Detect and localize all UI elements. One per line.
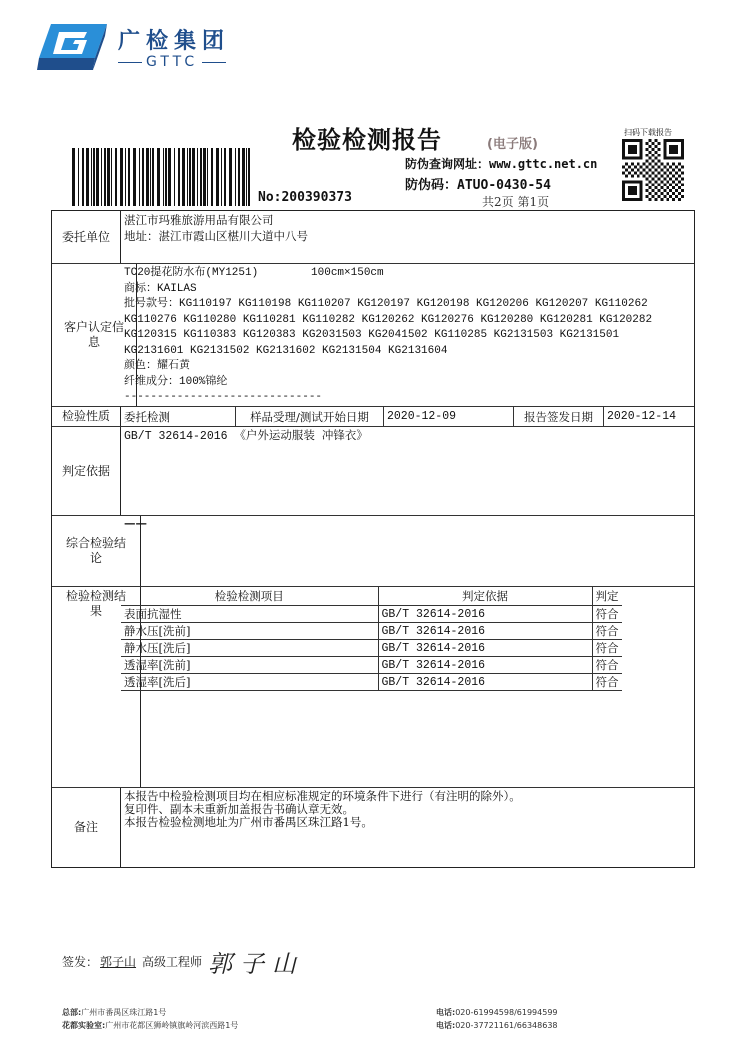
client-row: 委托单位 湛江市玛雅旅游用品有限公司 地址：湛江市霞山区椹川大道中八号 — [52, 211, 694, 264]
verify-url: 防伪查询网址：www.gttc.net.cn — [405, 155, 597, 172]
lab-address: 广州市花都区狮岭镇旗岭河滨西路1号 — [105, 1021, 238, 1030]
result-item: 静水压[洗前] — [121, 623, 378, 640]
basis-value: GB/T 32614-2016 《户外运动服装 冲锋衣》 — [124, 429, 690, 445]
nature-row: 检验性质 委托检测 样品受理/测试开始日期 2020-12-09 报告签发日期 … — [52, 407, 694, 427]
result-item: 静水压[洗后] — [121, 640, 378, 657]
basis-row: 判定依据 GB/T 32614-2016 《户外运动服装 冲锋衣》 — [52, 427, 694, 516]
lab-phone-label: 电话: — [436, 1021, 455, 1030]
nature-value: 委托检测 — [121, 407, 236, 426]
gttc-logo-icon — [37, 22, 107, 72]
sample-line: 纤维成分：100%锦纶 — [124, 375, 690, 391]
verify-url-link[interactable]: www.gttc.net.cn — [489, 157, 597, 171]
result-item: 透湿率[洗后] — [121, 674, 378, 691]
col-verdict: 判定 — [592, 587, 622, 606]
signer-name: 郭子山 — [100, 953, 136, 970]
result-item: 透湿率[洗前] — [121, 657, 378, 674]
lab-phone: 020-37721161/66348638 — [455, 1021, 557, 1030]
report-number: No:200390373 — [258, 190, 352, 205]
remarks-row: 备注 本报告中检验检测项目均在相应标准规定的环境条件下进行（有注明的除外）。复印… — [52, 788, 694, 867]
result-verdict: 符合 — [592, 606, 622, 623]
verify-code-value: ATUO-0430-54 — [457, 178, 551, 193]
results-table: 检验检测项目 判定依据 判定 表面抗湿性GB/T 32614-2016符合静水压… — [121, 587, 622, 691]
col-item: 检验检测项目 — [121, 587, 378, 606]
footer-addresses: 总部:广州市番禺区珠江路1号 花都实验室:广州市花都区狮岭镇旗岭河滨西路1号 — [62, 1006, 238, 1032]
remarks-lines: 本报告中检验检测项目均在相应标准规定的环境条件下进行（有注明的除外）。复印件、副… — [124, 790, 690, 829]
result-verdict: 符合 — [592, 674, 622, 691]
result-row: 静水压[洗后]GB/T 32614-2016符合 — [121, 640, 622, 657]
results-row: 检验检测结果 检验检测项目 判定依据 判定 表面抗湿性GB/T 32614-20… — [52, 587, 694, 788]
nature-label: 检验性质 — [52, 407, 121, 426]
result-basis: GB/T 32614-2016 — [378, 657, 592, 674]
hq-phone-label: 电话: — [436, 1008, 455, 1017]
sample-line: KG110276 KG110280 KG110281 KG110282 KG12… — [124, 313, 690, 329]
issue-date-label: 报告签发日期 — [514, 407, 604, 426]
footer-phones: 电话:020-61994598/61994599 电话:020-37721161… — [436, 1006, 558, 1032]
logo-name-en: GTTC — [118, 54, 226, 70]
barcode-icon — [72, 148, 252, 206]
sample-line: 颜色：耀石黄 — [124, 359, 690, 375]
basis-label: 判定依据 — [52, 427, 121, 515]
sample-line: 商标：KAILAS — [124, 282, 690, 298]
page-info: 共2页 第1页 — [482, 193, 549, 210]
client-name: 湛江市玛雅旅游用品有限公司 — [124, 213, 690, 229]
receive-date-label: 样品受理/测试开始日期 — [236, 407, 384, 426]
result-basis: GB/T 32614-2016 — [378, 623, 592, 640]
sample-line: KG120315 KG110383 KG120383 KG2031503 KG2… — [124, 328, 690, 344]
handwritten-signature: 郭子山 — [208, 944, 304, 979]
signoff-label: 签发： — [62, 953, 98, 970]
result-verdict: 符合 — [592, 623, 622, 640]
result-verdict: 符合 — [592, 657, 622, 674]
qr-code-icon[interactable] — [622, 139, 684, 201]
verify-url-label: 防伪查询网址： — [405, 157, 489, 171]
report-title: 检验检测报告 — [292, 120, 442, 155]
result-basis: GB/T 32614-2016 — [378, 640, 592, 657]
sample-line: 批号款号：KG110197 KG110198 KG110207 KG120197… — [124, 297, 690, 313]
result-basis: GB/T 32614-2016 — [378, 606, 592, 623]
report-table: 委托单位 湛江市玛雅旅游用品有限公司 地址：湛江市霞山区椹川大道中八号 客户认定… — [51, 210, 695, 868]
result-row: 表面抗湿性GB/T 32614-2016符合 — [121, 606, 622, 623]
client-value: 湛江市玛雅旅游用品有限公司 地址：湛江市霞山区椹川大道中八号 — [124, 213, 690, 244]
signoff: 签发： 郭子山 高级工程师 郭子山 — [62, 944, 304, 979]
verify-code: 防伪码：ATUO-0430-54 — [405, 174, 551, 193]
remarks-label: 备注 — [52, 788, 121, 867]
sample-line: TC20提花防水布(MY1251) 100cm×150cm — [124, 266, 690, 282]
col-basis: 判定依据 — [378, 587, 592, 606]
result-item: 表面抗湿性 — [121, 606, 378, 623]
result-verdict: 符合 — [592, 640, 622, 657]
lab-label: 花都实验室: — [62, 1021, 105, 1030]
sample-lines: TC20提花防水布(MY1251) 100cm×150cm商标：KAILAS批号… — [124, 266, 690, 406]
logo-en-text: GTTC — [146, 54, 198, 70]
issue-date: 2020-12-14 — [604, 407, 694, 426]
client-address: 地址：湛江市霞山区椹川大道中八号 — [124, 229, 690, 245]
result-row: 透湿率[洗后]GB/T 32614-2016符合 — [121, 674, 622, 691]
receive-date: 2020-12-09 — [384, 407, 514, 426]
sample-line: KG2131601 KG2131502 KG2131602 KG2131504 … — [124, 344, 690, 360]
conclusion-value: —— — [124, 516, 690, 532]
logo-name-cn: 广检集团 — [118, 24, 230, 55]
hq-phone: 020-61994598/61994599 — [455, 1008, 557, 1017]
result-row: 静水压[洗前]GB/T 32614-2016符合 — [121, 623, 622, 640]
signer-title: 高级工程师 — [142, 953, 202, 970]
hq-address: 广州市番禺区珠江路1号 — [81, 1008, 166, 1017]
hq-label: 总部: — [62, 1008, 81, 1017]
edition-label: (电子版) — [487, 133, 538, 152]
conclusion-row: 综合检验结论 —— — [52, 516, 694, 587]
remark-line: 本报告检验检测地址为广州市番禺区珠江路1号。 — [124, 816, 690, 829]
result-row: 透湿率[洗前]GB/T 32614-2016符合 — [121, 657, 622, 674]
result-basis: GB/T 32614-2016 — [378, 674, 592, 691]
client-label: 委托单位 — [52, 211, 121, 263]
sample-line: ------------------------------ — [124, 390, 690, 406]
sample-row: 客户认定信息 TC20提花防水布(MY1251) 100cm×150cm商标：K… — [52, 264, 694, 407]
qr-label: 扫码下载报告 — [624, 127, 672, 138]
verify-code-label: 防伪码： — [405, 178, 457, 193]
